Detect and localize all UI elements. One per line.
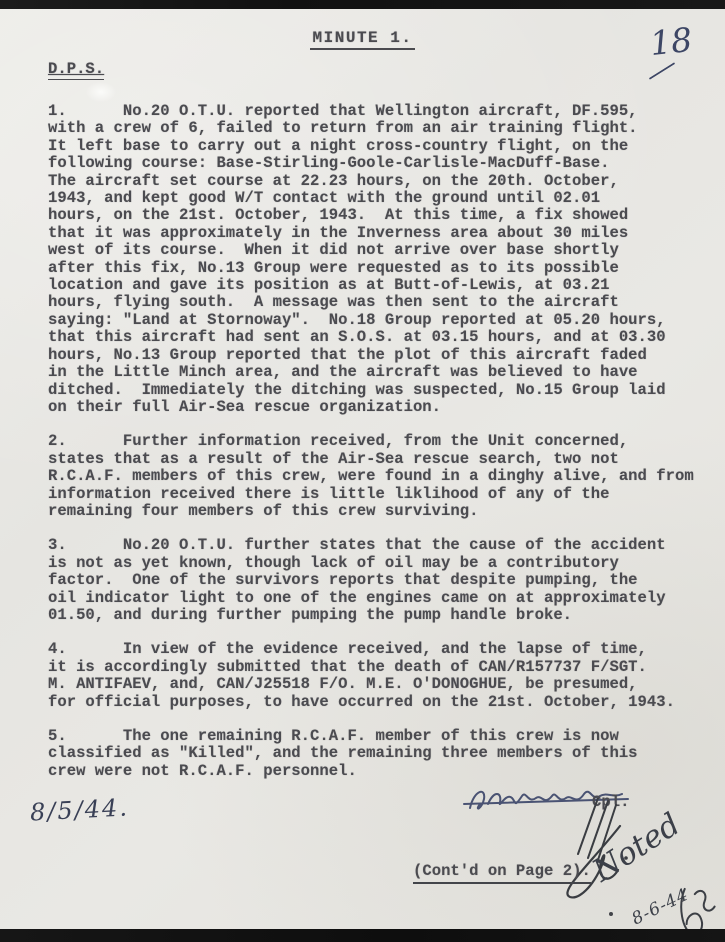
paragraph-2: 2. Further information received, from th… bbox=[48, 433, 713, 520]
scan-edge-top bbox=[0, 0, 725, 9]
paragraph-4: 4. In view of the evidence received, and… bbox=[48, 641, 713, 711]
paper-smudge bbox=[86, 82, 116, 102]
minute-body: 1. No.20 O.T.U. reported that Wellington… bbox=[48, 103, 713, 797]
document-page: MINUTE 1. 18 D.P.S. 1. No.20 O.T.U. repo… bbox=[0, 0, 725, 942]
scan-edge-bottom bbox=[0, 929, 725, 942]
ink-dot bbox=[609, 912, 613, 916]
paragraph-3: 3. No.20 O.T.U. further states that the … bbox=[48, 537, 713, 624]
continuation-note: (Cont'd on Page 2). bbox=[413, 862, 591, 884]
page-number-slash-mark bbox=[649, 62, 676, 80]
paragraph-5: 5. The one remaining R.C.A.F. member of … bbox=[48, 728, 713, 780]
page-title-text: MINUTE 1. bbox=[310, 29, 416, 50]
section-heading-dps: D.P.S. bbox=[48, 60, 104, 80]
handwritten-date: 8/5/44. bbox=[29, 793, 129, 826]
page-title: MINUTE 1. bbox=[0, 29, 725, 50]
handwritten-page-number: 18 bbox=[648, 20, 694, 63]
paragraph-1: 1. No.20 O.T.U. reported that Wellington… bbox=[48, 103, 713, 416]
